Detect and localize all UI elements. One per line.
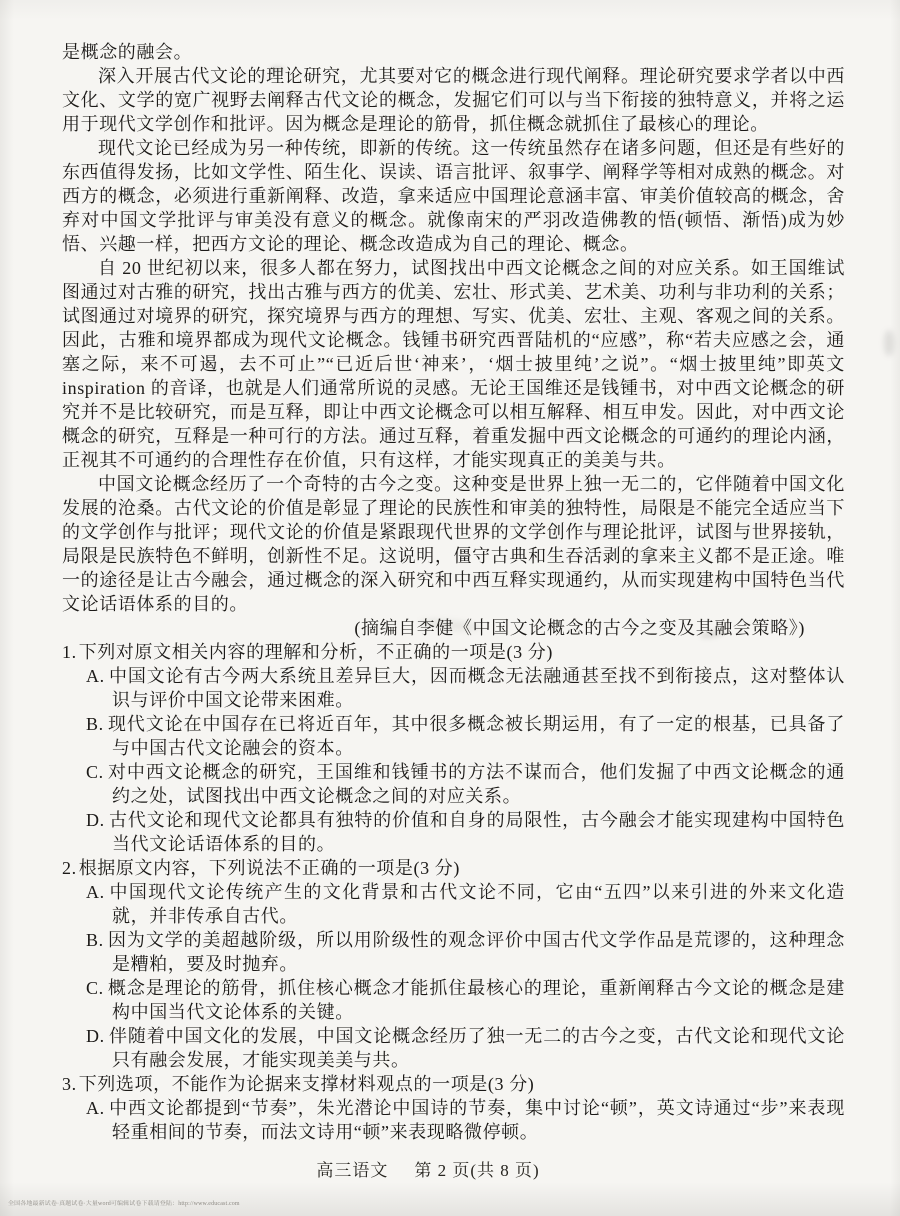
scan-smudge bbox=[884, 330, 894, 356]
question-1-option-a: A.中国文论有古今两大系统且差异巨大，因而概念无法融通甚至找不到衔接点，这对整体… bbox=[62, 664, 845, 712]
footer-course-label: 高三语文 bbox=[316, 1161, 388, 1180]
question-3-stem-text: 下列选项，不能作为论据来支撑材料观点的一项是(3 分) bbox=[79, 1074, 535, 1094]
option-label: C. bbox=[86, 762, 104, 782]
question-1-number: 1. bbox=[62, 642, 77, 662]
option-label: D. bbox=[86, 810, 105, 830]
option-text: 古代文论和现代文论都具有独特的价值和自身的局限性，古今融会才能实现建构中国特色当… bbox=[109, 810, 845, 854]
question-2-stem-text: 根据原文内容，下列说法不正确的一项是(3 分) bbox=[79, 858, 460, 878]
option-text: 中国现代文论传统产生的文化背景和古代文论不同，它由“五四”以来引进的外来文化造就… bbox=[109, 882, 845, 926]
question-3-option-a: A.中西文论都提到“节奏”，朱光潜论中国诗的节奏，集中讨论“顿”，英文诗通过“步… bbox=[62, 1096, 845, 1144]
question-1-stem-text: 下列对原文相关内容的理解和分析，不正确的一项是(3 分) bbox=[79, 642, 553, 662]
option-label: A. bbox=[86, 1098, 105, 1118]
question-3-stem: 3.下列选项，不能作为论据来支撑材料观点的一项是(3 分) bbox=[62, 1072, 845, 1096]
passage-paragraph: 深入开展古代文论的理论研究，尤其要对它的概念进行现代阐释。理论研究要求学者以中西… bbox=[62, 64, 845, 136]
question-2: 2.根据原文内容，下列说法不正确的一项是(3 分) A.中国现代文论传统产生的文… bbox=[62, 856, 845, 1072]
option-text: 概念是理论的筋骨，抓住核心概念才能抓住最核心的理论，重新阐释古今文论的概念是建构… bbox=[108, 978, 845, 1022]
option-text: 因为文学的美超越阶级，所以用阶级性的观念评价中国古代文学作品是荒谬的，这种理念是… bbox=[108, 930, 845, 974]
option-label: D. bbox=[86, 1026, 105, 1046]
exam-paper-page: 是概念的融会。 深入开展古代文论的理论研究，尤其要对它的概念进行现代阐释。理论研… bbox=[0, 0, 900, 1216]
option-label: C. bbox=[86, 978, 104, 998]
question-1: 1.下列对原文相关内容的理解和分析，不正确的一项是(3 分) A.中国文论有古今… bbox=[62, 640, 845, 856]
option-text: 现代文论在中国存在已将近百年，其中很多概念被长期运用，有了一定的根基，已具备了与… bbox=[108, 714, 845, 758]
passage-paragraph: 是概念的融会。 bbox=[62, 40, 845, 64]
question-2-option-a: A.中国现代文论传统产生的文化背景和古代文论不同，它由“五四”以来引进的外来文化… bbox=[62, 880, 845, 928]
question-1-option-b: B.现代文论在中国存在已将近百年，其中很多概念被长期运用，有了一定的根基，已具备… bbox=[62, 712, 845, 760]
watermark-text: 全国各地最新试卷·真题试卷·大量word可编辑试卷下载请登陆：http://ww… bbox=[8, 1199, 240, 1208]
question-3-number: 3. bbox=[62, 1074, 77, 1094]
question-1-option-d: D.古代文论和现代文论都具有独特的价值和自身的局限性，古今融会才能实现建构中国特… bbox=[62, 808, 845, 856]
question-2-option-b: B.因为文学的美超越阶级，所以用阶级性的观念评价中国古代文学作品是荒谬的，这种理… bbox=[62, 928, 845, 976]
question-2-option-c: C.概念是理论的筋骨，抓住核心概念才能抓住最核心的理论，重新阐释古今文论的概念是… bbox=[62, 976, 845, 1024]
option-label: A. bbox=[86, 882, 105, 902]
page-footer: 高三语文第 2 页(共 8 页) bbox=[0, 1156, 878, 1181]
option-text: 伴随着中国文化的发展，中国文论概念经历了独一无二的古今之变，古代文论和现代文论只… bbox=[109, 1026, 845, 1070]
question-2-stem: 2.根据原文内容，下列说法不正确的一项是(3 分) bbox=[62, 856, 845, 880]
passage-paragraph: 现代文论已经成为另一种传统，即新的传统。这一传统虽然存在诸多问题，但还是有些好的… bbox=[62, 136, 845, 256]
question-3: 3.下列选项，不能作为论据来支撑材料观点的一项是(3 分) A.中西文论都提到“… bbox=[62, 1072, 845, 1144]
question-2-number: 2. bbox=[62, 858, 77, 878]
footer-page-number: 第 2 页(共 8 页) bbox=[414, 1161, 539, 1180]
question-1-stem: 1.下列对原文相关内容的理解和分析，不正确的一项是(3 分) bbox=[62, 640, 845, 664]
option-label: A. bbox=[86, 666, 105, 686]
option-text: 中国文论有古今两大系统且差异巨大，因而概念无法融通甚至找不到衔接点，这对整体认识… bbox=[109, 666, 845, 710]
option-text: 中西文论都提到“节奏”，朱光潜论中国诗的节奏，集中讨论“顿”，英文诗通过“步”来… bbox=[109, 1098, 845, 1142]
passage-paragraph: 中国文论概念经历了一个奇特的古今之变。这种变是世界上独一无二的，它伴随着中国文化… bbox=[62, 472, 845, 616]
question-1-option-c: C.对中西文论概念的研究，王国维和钱锺书的方法不谋而合，他们发掘了中西文论概念的… bbox=[62, 760, 845, 808]
question-2-option-d: D.伴随着中国文化的发展，中国文论概念经历了独一无二的古今之变，古代文论和现代文… bbox=[62, 1024, 845, 1072]
passage-attribution: (摘编自李健《中国文论概念的古今之变及其融会策略》) bbox=[62, 616, 845, 640]
option-label: B. bbox=[86, 714, 104, 734]
passage-paragraph: 自 20 世纪初以来，很多人都在努力，试图找出中西文论概念之间的对应关系。如王国… bbox=[62, 256, 845, 472]
option-label: B. bbox=[86, 930, 104, 950]
option-text: 对中西文论概念的研究，王国维和钱锺书的方法不谋而合，他们发掘了中西文论概念的通约… bbox=[108, 762, 845, 806]
page-body: 是概念的融会。 深入开展古代文论的理论研究，尤其要对它的概念进行现代阐释。理论研… bbox=[62, 40, 845, 1144]
